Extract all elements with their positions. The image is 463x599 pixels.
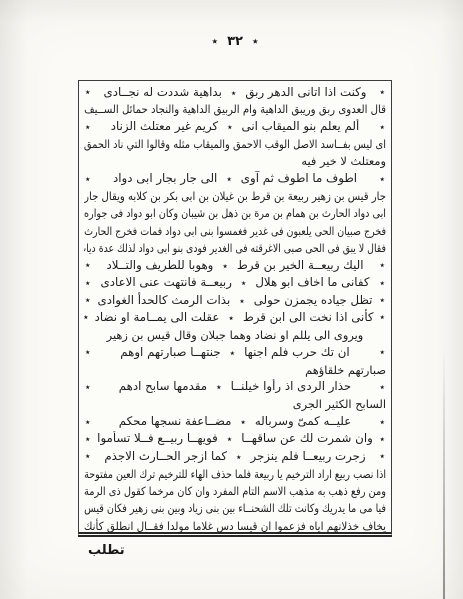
hemistich-left: ربيعــة فانتهت عنى الاعادى [96, 275, 237, 289]
verse-line: ٭ تظل جياده يجمزن حولى٭بذات الرمث كالحدأ… [84, 292, 386, 309]
hemistich-right: وان شمرت لك عن ساقهــا [236, 431, 378, 445]
margin-star-left: ٭ [84, 344, 91, 361]
verse-separator-star: ٭ [222, 174, 235, 185]
commentary-text: قال العدوى ربق وريبق الداهية وام الربيق … [116, 101, 386, 118]
commentary-line: اذا نصب ربيع اراد الترخيم يا ربيعة فلما … [84, 466, 386, 483]
header-ornament-right: ٭ [252, 34, 259, 48]
verse-separator-star: ٭ [218, 261, 231, 272]
verse-separator-star: ٭ [232, 452, 245, 463]
hemistich-right: اطوف ما اطوف ثم آوى [236, 171, 362, 185]
commentary-text: السابح الكثير الجرى [84, 396, 386, 413]
commentary-text: ومعتلث لا خير فيه [84, 153, 386, 170]
scanned-book-page: { "glyphs": { "star": "٭" }, "header": {… [0, 0, 463, 599]
commentary-line: يخاف خذلانهم اياه فزعموا ان قيسا دس غلام… [84, 518, 386, 535]
hemistich-left: وهوبا للطريف والتــلاد [101, 258, 218, 272]
margin-star-left: ٭ [84, 448, 91, 465]
verse-separator-star: ٭ [223, 122, 236, 133]
verse-line: ٭ ان تك حرب فلم اجنها٭جنتهــا صبارتهم او… [84, 344, 386, 361]
commentary-line: قال العدوى ربق وريبق الداهية وام الربيق … [84, 101, 386, 118]
verse-line: ٭ كأنى اذا نخت الى ابن قرط٭عقلت الى يمــ… [84, 309, 386, 326]
verse-line: ٭ وان شمرت لك عن ساقهــا٭فويهــا ربيــع … [84, 431, 386, 448]
margin-star-left: ٭ [84, 379, 91, 396]
commentary-text: يخاف خذلانهم اياه فزعموا ان قيسا دس غلام… [111, 518, 386, 535]
commentary-text: صبارتهم خلقاؤهم [84, 362, 386, 379]
margin-star-right: ٭ [379, 431, 386, 448]
commentary-text: فقال لا يبق فى الحى صبى الاغرقته فى الغد… [138, 240, 386, 257]
margin-star-left: ٭ [84, 309, 90, 326]
commentary-line: فقال لا يبق فى الحى صبى الاغرقته فى الغد… [84, 240, 386, 257]
hemistich-left: الى جار بجار ابى دواد [108, 171, 222, 185]
margin-star-right: ٭ [379, 119, 386, 136]
margin-star-right: ٭ [379, 257, 386, 274]
verse-separator-star: ٭ [236, 417, 249, 428]
commentary-text: اى ليس بفــاسد الاصل الوقب الاحمق والميق… [124, 136, 386, 153]
hemistich-left: كريم غير معتلث الزناد [106, 119, 223, 133]
verse-line: ٭ زجرت ربيعــا فلم ينزجر٭كما ازجر الحــا… [84, 448, 386, 465]
verse-separator-star: ٭ [224, 313, 237, 324]
text-frame: ٭ وكنت اذا اتانى الدهر ربق٭بداهية شددت ل… [78, 80, 392, 537]
hemistich-left: بداهية شددت له نجــادى [99, 85, 227, 99]
commentary-text: ويروى الى يللم او نضاد وهما جبلان وقال ق… [84, 327, 386, 344]
commentary-line: ابى دواد الحارث بن همام بن مرة بن ذهل بن… [84, 205, 386, 222]
margin-star-right: ٭ [379, 379, 386, 396]
margin-star-right: ٭ [379, 309, 386, 326]
commentary-line: ومن رفع ذهب به مذهب الاسم التام المفرد و… [84, 483, 386, 500]
hemistich-left: فويهــا ربيــع فــلا تسأموا [92, 431, 223, 445]
verse-line: ٭ عليــه كمىّ وسرباله٭مضــاعفة نسجها محك… [84, 414, 386, 431]
margin-star-left: ٭ [84, 292, 91, 309]
catchword: تطلب [88, 543, 125, 558]
verse-line: ٭ ألم يعلم بنو الميقاب انى٭كريم غير معتل… [84, 119, 386, 136]
margin-star-left: ٭ [84, 275, 91, 292]
commentary-line: ومعتلث لا خير فيه [84, 153, 386, 170]
margin-star-right: ٭ [379, 275, 386, 292]
commentary-line: ويروى الى يللم او نضاد وهما جبلان وقال ق… [84, 327, 386, 344]
hemistich-right: وكنت اذا اتانى الدهر ربق [240, 85, 371, 99]
verse-line: ٭ اليك ربيعــة الخير بن قرط٭وهوبا للطريف… [84, 257, 386, 274]
verse-line: ٭ حذار الردى اذ رأوا خيلنــا٭مقدمها سابح… [84, 379, 386, 396]
hemistich-left: كما ازجر الحــارث الاجذم [99, 449, 232, 463]
verse-line: ٭ اطوف ما اطوف ثم آوى٭الى جار بجار ابى د… [84, 171, 386, 188]
commentary-line: السابح الكثير الجرى [84, 396, 386, 413]
margin-star-left: ٭ [84, 414, 91, 431]
scan-artifact-line [443, 350, 445, 599]
hemistich-right: كفانى ما اخاف ابو هلال [250, 275, 374, 289]
commentary-text: اذا نصب ربيع اراد الترخيم يا ربيعة فلما … [133, 466, 386, 483]
commentary-text: فيا مى ما يدريك وكانت تلك الشحنــاء بين … [131, 500, 386, 517]
header-ornament-left: ٭ [212, 34, 219, 48]
hemistich-left: مضــاعفة نسجها محكم [114, 414, 237, 428]
page-header: ٭ ٣٢ ٭ [78, 34, 392, 49]
verse-line: ٭ وكنت اذا اتانى الدهر ربق٭بداهية شددت ل… [84, 84, 386, 101]
verse-separator-star: ٭ [212, 382, 225, 393]
hemistich-right: زجرت ربيعــا فلم ينزجر [245, 449, 370, 463]
hemistich-right: عليــه كمىّ وسرباله [250, 414, 356, 428]
hemistich-right: حذار الردى اذ رأوا خيلنــا [226, 379, 357, 393]
margin-star-right: ٭ [379, 292, 386, 309]
page-number: ٣٢ [227, 34, 243, 49]
margin-star-left: ٭ [84, 84, 91, 101]
margin-star-right: ٭ [379, 344, 386, 361]
commentary-line: جار قيس بن زهير ربيعة بن قرط بن غيلان بن… [84, 188, 386, 205]
commentary-line: صبارتهم خلقاؤهم [84, 362, 386, 379]
margin-star-left: ٭ [84, 431, 91, 448]
commentary-text: ابى دواد الحارث بن همام بن مرة بن ذهل بن… [130, 205, 386, 222]
commentary-text: فخرج صبيان الحى يلعبون فى غدير فغمسوا بن… [134, 223, 386, 240]
hemistich-left: بذات الرمث كالحدأ الغوادى [93, 293, 236, 307]
verse-separator-star: ٭ [226, 348, 239, 359]
margin-star-right: ٭ [379, 448, 386, 465]
verse-line: ٭ كفانى ما اخاف ابو هلال٭ربيعــة فانتهت … [84, 275, 386, 292]
commentary-line: فيا مى ما يدريك وكانت تلك الشحنــاء بين … [84, 500, 386, 517]
verse-separator-star: ٭ [235, 296, 248, 307]
hemistich-right: ان تك حرب فلم اجنها [239, 345, 355, 359]
hemistich-left: مقدمها سابح ادهم [114, 379, 212, 393]
commentary-line: فخرج صبيان الحى يلعبون فى غدير فغمسوا بن… [84, 223, 386, 240]
margin-star-right: ٭ [379, 84, 386, 101]
hemistich-right: اليك ربيعــة الخير بن قرط [232, 258, 369, 272]
verse-separator-star: ٭ [227, 88, 240, 99]
margin-star-left: ٭ [84, 257, 91, 274]
verse-separator-star: ٭ [237, 278, 250, 289]
hemistich-right: ألم يعلم بنو الميقاب انى [237, 119, 365, 133]
margin-star-right: ٭ [379, 171, 386, 188]
commentary-line: اى ليس بفــاسد الاصل الوقب الاحمق والميق… [84, 136, 386, 153]
margin-star-right: ٭ [379, 414, 386, 431]
hemistich-left: عقلت الى يمــامة او نضاد [90, 310, 225, 324]
hemistich-left: جنتهــا صبارتهم اوهم [115, 345, 225, 359]
commentary-text: ومن رفع ذهب به مذهب الاسم التام المفرد و… [126, 483, 386, 500]
verse-separator-star: ٭ [223, 434, 236, 445]
margin-star-left: ٭ [84, 119, 91, 136]
hemistich-right: تظل جياده يجمزن حولى [249, 293, 378, 307]
margin-star-left: ٭ [84, 171, 91, 188]
commentary-text: جار قيس بن زهير ربيعة بن قرط بن غيلان بن… [118, 188, 386, 205]
hemistich-right: كأنى اذا نخت الى ابن قرط [238, 310, 379, 324]
